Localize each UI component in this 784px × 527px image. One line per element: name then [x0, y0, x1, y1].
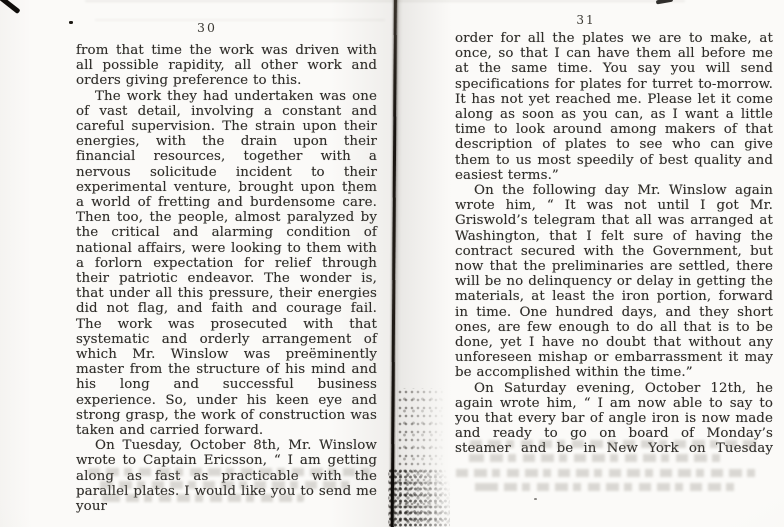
bleed-through-line [463, 454, 721, 462]
bleed-through-line [470, 440, 758, 448]
corner-ink-mark [0, 0, 21, 14]
book-scan: 30 from that time the work was driven wi… [0, 0, 784, 527]
bleed-through-line [94, 494, 304, 502]
right-page-number: 31 [541, 13, 631, 27]
ink-speck [69, 21, 73, 24]
bleed-through-line [452, 469, 758, 477]
bleed-through-line [94, 481, 350, 489]
left-page-number: 30 [162, 20, 252, 35]
corner-ink-mark [656, 0, 673, 4]
bleed-through-line [470, 483, 736, 491]
paragraph: On the following day Mr. Winslow again w… [455, 183, 773, 381]
ink-speck [534, 498, 537, 500]
gutter-speckle-bottom [388, 468, 450, 527]
gutter-shadow [330, 0, 395, 527]
right-page-text: order for all the plates we are to make,… [455, 31, 773, 457]
bleed-through-line [88, 468, 370, 476]
ink-speck [348, 192, 351, 194]
paragraph: order for all the plates we are to make,… [455, 31, 773, 183]
